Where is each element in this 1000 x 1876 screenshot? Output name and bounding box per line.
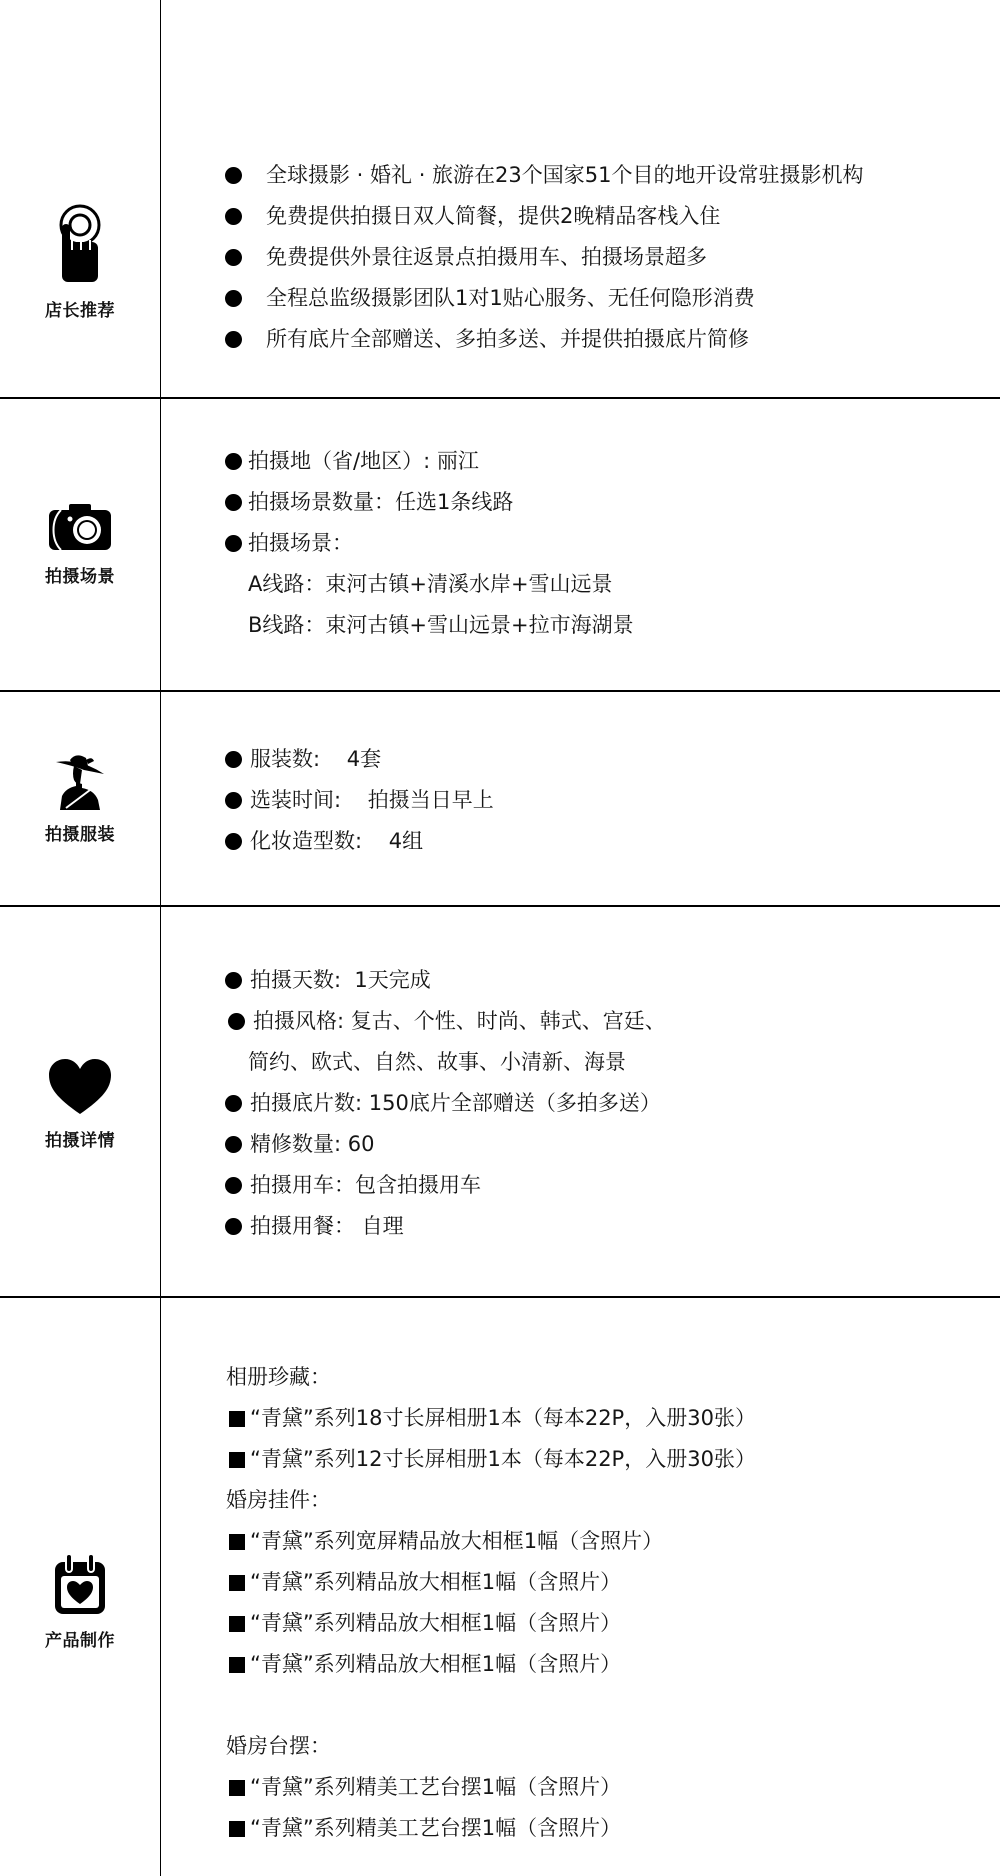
bullet-icon [225,751,242,768]
square-bullet-icon [229,1657,245,1673]
square-bullet-icon [229,1780,245,1796]
list-item: “青黛”系列宽屏精品放大相框1幅（含照片） [250,1527,663,1555]
section-costume-header: 拍摄服装 [0,752,160,845]
hand-touch-icon [58,204,102,286]
bullet-icon [225,1136,242,1153]
list-item: “青黛”系列精美工艺台摆1幅（含照片） [250,1814,621,1842]
section-products-header: 产品制作 [0,1552,160,1651]
list-item: 拍摄底片数: 150底片全部赠送（多拍多送） [250,1089,661,1117]
section-divider [0,397,1000,399]
bullet-icon [225,331,242,348]
list-item: 免费提供外景往返景点拍摄用车、拍摄场景超多 [266,243,707,271]
list-item: 全程总监级摄影团队1对1贴心服务、无任何隐形消费 [266,284,755,312]
bullet-icon [228,1013,245,1030]
section-divider [0,905,1000,907]
section-divider [0,690,1000,692]
lady-hat-icon [54,752,106,810]
list-item: 拍摄场景： [248,529,353,557]
list-item: 选装时间: 拍摄当日早上 [250,786,494,814]
section-label: 店长推荐 [0,296,160,321]
section-divider [0,1296,1000,1298]
bullet-icon [225,290,242,307]
list-item: “青黛”系列18寸长屏相册1本（每本22P，入册30张） [250,1404,756,1432]
bullet-icon [225,792,242,809]
section-label: 拍摄详情 [0,1126,160,1151]
square-bullet-icon [229,1616,245,1632]
bullet-icon [225,208,242,225]
square-bullet-icon [229,1411,245,1427]
square-bullet-icon [229,1821,245,1837]
list-item: “青黛”系列精品放大相框1幅（含照片） [250,1609,621,1637]
bullet-icon [225,535,242,552]
bullet-icon [225,833,242,850]
list-item: “青黛”系列精美工艺台摆1幅（含照片） [250,1773,621,1801]
list-item: 拍摄用餐： 自理 [250,1212,404,1240]
route-item: A线路：束河古镇+清溪水岸+雪山远景 [248,570,613,598]
group-title: 婚房台摆： [226,1732,331,1760]
bullet-icon [225,249,242,266]
list-item: 拍摄用车：包含拍摄用车 [250,1171,481,1199]
bullet-icon [225,1095,242,1112]
column-divider [160,0,161,1876]
camera-icon [47,502,113,552]
bullet-icon [225,972,242,989]
square-bullet-icon [229,1452,245,1468]
section-details-header: 拍摄详情 [0,1058,160,1151]
list-item: 化妆造型数: 4组 [250,827,423,855]
group-title: 相册珍藏： [226,1363,331,1391]
list-item: 拍摄场景数量：任选1条线路 [248,488,513,516]
route-item: B线路：束河古镇+雪山远景+拉市海湖景 [248,611,634,639]
list-item: “青黛”系列精品放大相框1幅（含照片） [250,1650,621,1678]
section-label: 拍摄服装 [0,820,160,845]
section-label: 拍摄场景 [0,562,160,587]
list-item: 拍摄天数: 1天完成 [250,966,431,994]
list-item: 所有底片全部赠送、多拍多送、并提供拍摄底片简修 [266,325,749,353]
square-bullet-icon [229,1534,245,1550]
list-item-continuation: 简约、欧式、自然、故事、小清新、海景 [248,1048,626,1076]
section-label: 产品制作 [0,1626,160,1651]
section-recommend-header: 店长推荐 [0,204,160,321]
heart-icon [47,1058,113,1116]
list-item: “青黛”系列12寸长屏相册1本（每本22P，入册30张） [250,1445,756,1473]
section-scene-header: 拍摄场景 [0,502,160,587]
list-item: 免费提供拍摄日双人简餐，提供2晚精品客栈入住 [266,202,720,230]
bullet-icon [225,494,242,511]
bullet-icon [225,1177,242,1194]
calendar-heart-icon [52,1552,108,1616]
bullet-icon [225,453,242,470]
list-item: “青黛”系列精品放大相框1幅（含照片） [250,1568,621,1596]
group-title: 婚房挂件： [226,1486,331,1514]
list-item: 精修数量: 60 [250,1130,374,1158]
list-item: 全球摄影 · 婚礼 · 旅游在23个国家51个目的地开设常驻摄影机构 [266,161,864,189]
square-bullet-icon [229,1575,245,1591]
list-item: 服装数: 4套 [250,745,381,773]
list-item: 拍摄风格: 复古、个性、时尚、韩式、宫廷、 [253,1007,666,1035]
bullet-icon [225,167,242,184]
bullet-icon [225,1218,242,1235]
list-item: 拍摄地（省/地区）: 丽江 [248,447,479,475]
